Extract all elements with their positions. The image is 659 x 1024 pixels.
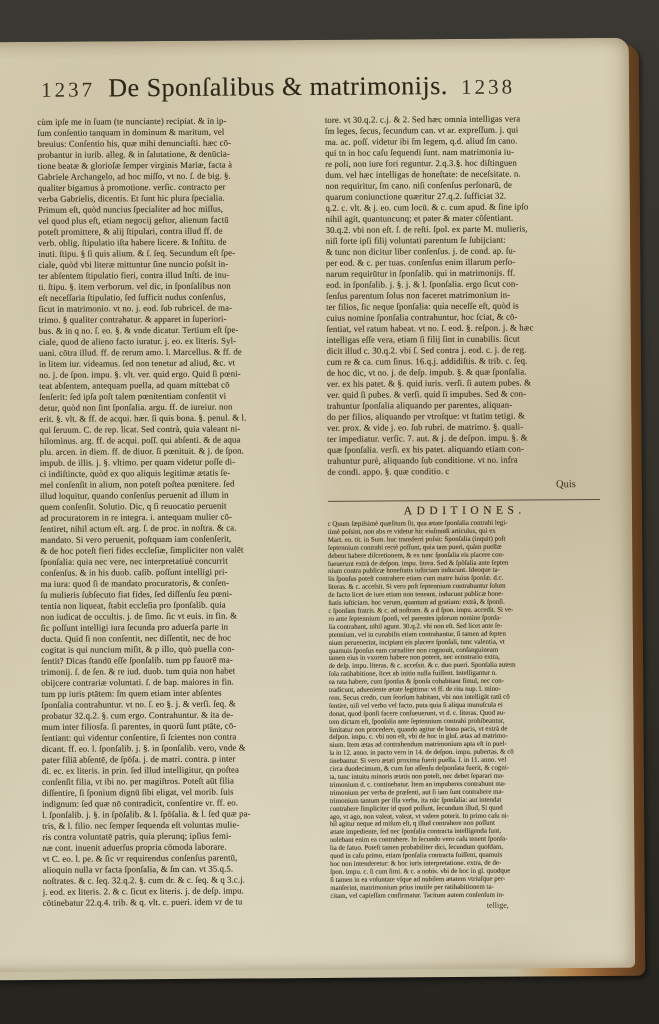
left-column-text: cùm ipſe me in ſuam (te nunciante) recip…: [37, 115, 317, 909]
folio-number-right: 1238: [461, 75, 515, 100]
catchword-tellige: tellige,: [330, 898, 605, 910]
text-columns: cùm ipſe me in ſuam (te nunciante) recip…: [37, 113, 605, 912]
catchword-quis: Quis: [327, 476, 602, 492]
additiones-text: c Quum ſæpiſsimè quæſitum ſit, qua ætate…: [328, 519, 605, 900]
running-title: De Sponſalibus & matrimonijs.: [108, 71, 448, 103]
photograph-background: 1237 De Sponſalibus & matrimonijs. 1238 …: [0, 0, 659, 1024]
page-content: 1237 De Sponſalibus & matrimonijs. 1238 …: [0, 38, 635, 973]
additiones-heading: ADDITIONES.: [328, 504, 603, 518]
page-header: 1237 De Sponſalibus & matrimonijs. 1238: [37, 70, 599, 114]
folio-number-left: 1237: [41, 77, 95, 102]
text-column-left: cùm ipſe me in ſuam (te nunciante) recip…: [37, 115, 317, 912]
section-divider-rule: [327, 499, 600, 502]
text-column-right: tore. vt 30.q.2. c.j. & 2. Sed hæc omnia…: [325, 113, 605, 910]
book-page: 1237 De Sponſalibus & matrimonijs. 1238 …: [0, 38, 635, 973]
right-column-upper-text: tore. vt 30.q.2. c.j. & 2. Sed hæc omnia…: [325, 113, 602, 478]
